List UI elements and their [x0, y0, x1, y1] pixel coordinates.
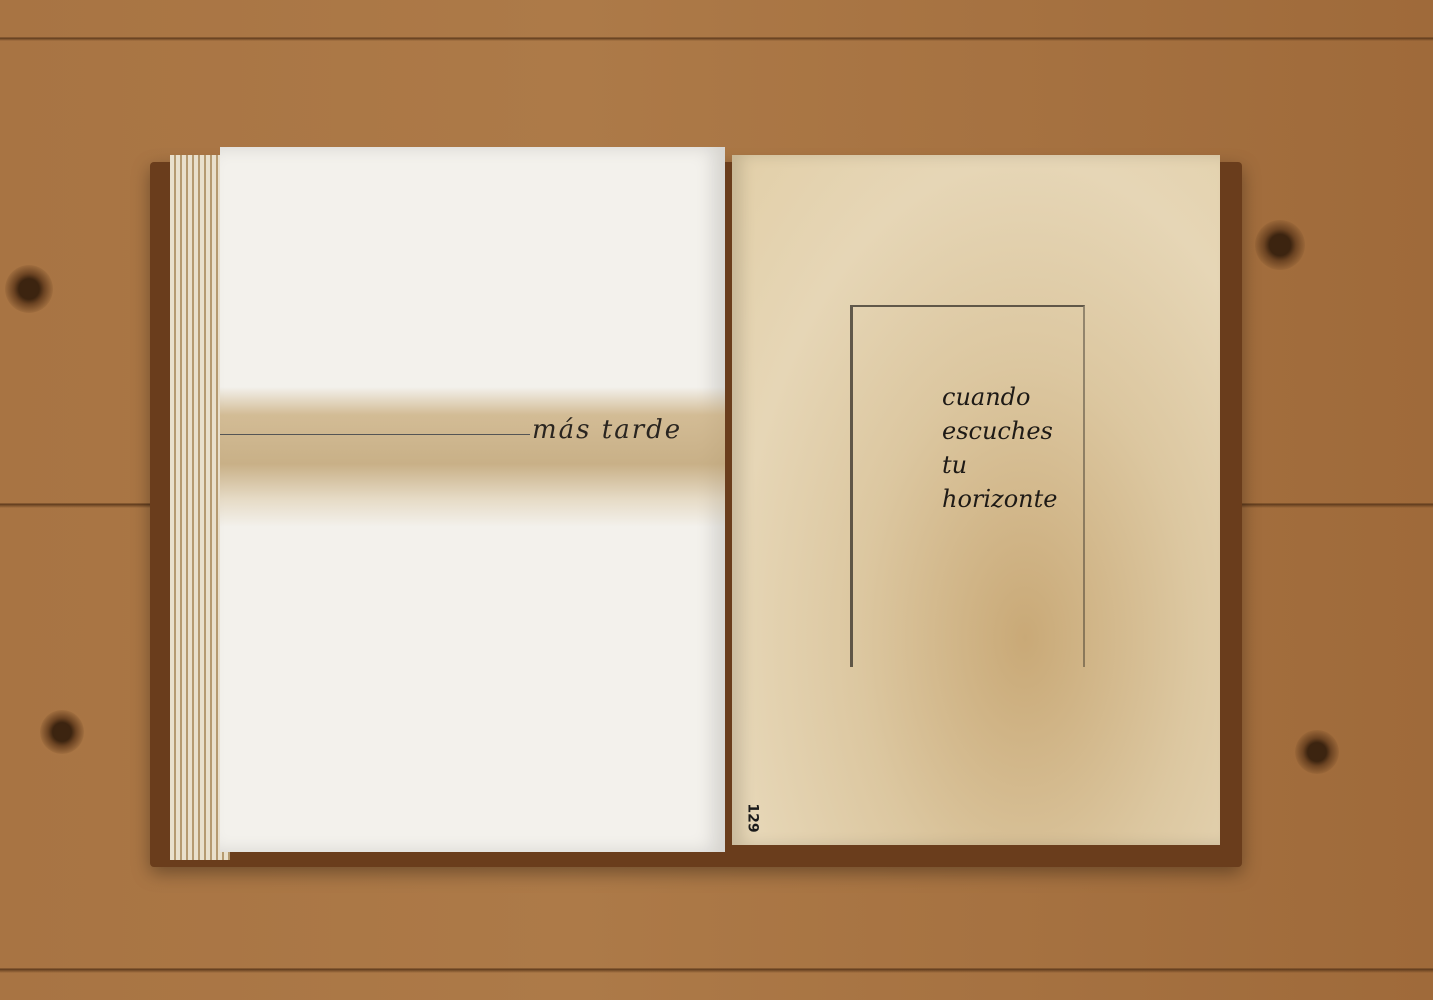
right-page-handwriting: cuando escuches tu horizonte — [942, 380, 1092, 516]
page-number: 129 — [745, 803, 761, 832]
tea-stain — [220, 387, 725, 527]
handwriting-line: escuches — [942, 414, 1092, 448]
handwriting-line: cuando — [942, 380, 1092, 414]
wood-knot — [1295, 730, 1339, 774]
left-page: más tarde — [220, 147, 725, 852]
wood-knot — [5, 265, 53, 313]
wood-knot — [40, 710, 84, 754]
right-page: cuando escuches tu horizonte 129 — [732, 155, 1220, 845]
wood-knot — [1255, 220, 1305, 270]
left-page-handwriting: más tarde — [532, 415, 682, 445]
handwriting-line: horizonte — [942, 482, 1092, 516]
handwriting-line: tu — [942, 448, 1092, 482]
pencil-line — [220, 434, 530, 435]
